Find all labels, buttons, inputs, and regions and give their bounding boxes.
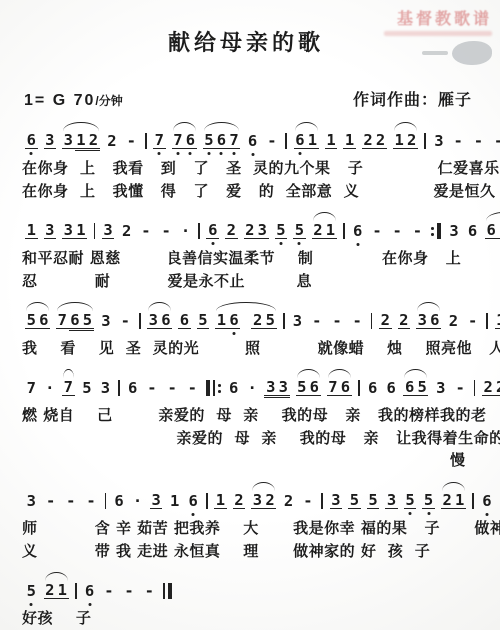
- repeat-dot: [218, 390, 221, 393]
- slur-note-group: 656: [485, 222, 500, 239]
- dash: -: [370, 223, 384, 239]
- note: 7: [153, 132, 166, 149]
- repeat-end-sign: [430, 223, 443, 239]
- note: 1: [324, 222, 337, 239]
- note: 1: [75, 222, 88, 239]
- note-group: -: [310, 313, 324, 329]
- octave-dot-below: [427, 512, 430, 515]
- note-group: 5: [197, 312, 210, 329]
- note: 3: [99, 380, 112, 396]
- note-group: 7: [25, 380, 38, 396]
- dash: -: [145, 380, 159, 396]
- bar-thick: [437, 223, 442, 239]
- bar-thick: [168, 583, 173, 599]
- note: 5: [367, 492, 380, 509]
- note: 6: [25, 132, 38, 149]
- octave-dot-below: [251, 153, 254, 156]
- barline: [320, 493, 325, 509]
- note-group: -: [145, 380, 159, 396]
- dash: -: [390, 223, 404, 239]
- bar: [198, 223, 200, 239]
- note: 2: [233, 492, 246, 509]
- note-group: 7: [153, 132, 166, 149]
- tempo-annotation: 慢: [22, 449, 500, 470]
- dash: -: [410, 223, 424, 239]
- note-group: 3: [434, 380, 447, 396]
- note-group: 6: [385, 380, 398, 396]
- dash: -: [142, 583, 156, 599]
- meta-row: 1= G 70/分钟 作词作曲：雁子: [24, 87, 472, 110]
- barline: [103, 493, 108, 509]
- note-group: 3: [448, 223, 461, 239]
- bar: [94, 223, 96, 239]
- note-group: 5: [81, 380, 94, 396]
- bar: [206, 493, 208, 509]
- note: 2: [44, 582, 57, 599]
- slur-note-group: 76: [327, 379, 352, 396]
- note-group: 6: [187, 493, 200, 509]
- barline: [117, 380, 122, 396]
- octave-dot-below: [220, 152, 223, 155]
- repeat-begin-sign: [204, 380, 222, 396]
- score-line: 3---6·31612322-355355216---3553师 含 辛 茹苦 …: [22, 487, 500, 560]
- barline: [423, 133, 428, 149]
- note: 5: [25, 583, 38, 599]
- repeat-dots: [218, 382, 221, 395]
- note-group: 2: [447, 313, 460, 329]
- bar: [213, 380, 215, 396]
- note-group: 33: [264, 379, 289, 396]
- note: 3: [330, 492, 343, 509]
- octave-dot-below: [232, 152, 235, 155]
- note: 7: [25, 380, 38, 396]
- note: 2: [447, 313, 460, 329]
- note: 6: [466, 223, 479, 239]
- slur-note-group: 32: [251, 492, 276, 509]
- note: 3: [44, 132, 57, 149]
- note-group: 6: [25, 132, 38, 149]
- slur-note-group: 7: [62, 379, 75, 396]
- score: 633122-7765676-611122123---6332在你身 上 我看 …: [22, 127, 500, 627]
- note-group: -: [471, 133, 485, 149]
- note: 3: [147, 312, 160, 329]
- bar: [285, 133, 287, 149]
- note: 2: [87, 132, 100, 149]
- slur-note-group: 312: [62, 132, 100, 149]
- note-group: 6: [227, 380, 240, 396]
- slur-note-group: 567: [203, 132, 241, 149]
- note-group: 23: [244, 222, 269, 239]
- note: 7: [228, 132, 241, 149]
- note: 5: [81, 312, 94, 329]
- lyric-row: 在你身 上 我看 到 了 圣 灵的九个果 子 仁爱喜乐: [22, 159, 500, 177]
- slur-note-group: 12: [393, 132, 418, 149]
- bar: [472, 493, 474, 509]
- note: 6: [481, 493, 494, 509]
- note-group: -: [330, 313, 344, 329]
- note: 6: [429, 312, 442, 329]
- repeat-dot: [431, 233, 434, 236]
- music-row: 633122-7765676-611122123---6332: [22, 127, 500, 149]
- note-group: 6: [481, 493, 494, 509]
- note: 2: [374, 132, 387, 149]
- note: 3: [448, 223, 461, 239]
- music-row: 5216---: [22, 577, 500, 599]
- note-group: 2: [225, 222, 238, 239]
- note: 3: [44, 222, 57, 239]
- note-group: 31: [62, 222, 87, 239]
- barline: [284, 133, 289, 149]
- bar: [139, 313, 141, 329]
- note: 7: [62, 379, 75, 396]
- octave-dot-below: [485, 513, 488, 516]
- note: 3: [264, 379, 277, 396]
- barline: [471, 493, 476, 509]
- dash: -: [451, 133, 465, 149]
- note-group: -: [159, 223, 173, 239]
- octave-dot-below: [298, 242, 301, 245]
- note-group: 2: [398, 312, 411, 329]
- note-group: 1: [214, 492, 227, 509]
- note: 5: [422, 492, 435, 509]
- note: 3: [102, 222, 115, 239]
- note-group: -: [370, 223, 384, 239]
- note-group: 6: [113, 493, 126, 509]
- note-group: 6: [83, 583, 96, 599]
- dash: -: [466, 313, 480, 329]
- barline: [357, 380, 362, 396]
- dash: -: [139, 223, 153, 239]
- barline: [197, 223, 202, 239]
- key-signature: 1= G: [24, 92, 67, 109]
- note: 3: [25, 493, 38, 509]
- note-group: 1: [343, 132, 356, 149]
- note: 6: [206, 222, 219, 239]
- note: 3: [277, 379, 290, 396]
- sheet-music-page: 基督教歌谱 献给母亲的歌 1= G 70/分钟 作词作曲：雁子 633122-7…: [0, 0, 500, 630]
- note-group: -: [122, 583, 136, 599]
- octave-dot-below: [279, 242, 282, 245]
- lyric-row: 在你身 上 我懂 得 了 爱 的 全部意 义 爱是恒久: [22, 182, 500, 200]
- note: 1: [25, 222, 38, 239]
- note: 6: [69, 312, 82, 329]
- bar: [371, 313, 373, 329]
- note-group: 6: [466, 223, 479, 239]
- note-group: 2: [106, 133, 119, 149]
- octave-dot-below: [356, 243, 359, 246]
- note-group: 3: [100, 313, 113, 329]
- note: 6: [227, 380, 240, 396]
- slur-note-group: 61: [294, 132, 319, 149]
- dash: -: [330, 313, 344, 329]
- note-group: -: [453, 380, 467, 396]
- dash: -: [84, 493, 98, 509]
- note-group: -: [165, 380, 179, 396]
- dash: -: [265, 133, 279, 149]
- octave-dot-below: [232, 332, 235, 335]
- augmentation-dot: ·: [131, 493, 144, 509]
- note: 3: [251, 492, 264, 509]
- note-group: -: [466, 313, 480, 329]
- dash: -: [185, 380, 199, 396]
- note: 6: [184, 132, 197, 149]
- note-group: 3: [44, 222, 57, 239]
- barline: [485, 313, 490, 329]
- note: 2: [244, 222, 257, 239]
- note-group: 5: [367, 492, 380, 509]
- note-group: -: [410, 223, 424, 239]
- repeat-dot: [431, 227, 434, 230]
- note: 2: [120, 223, 133, 239]
- octave-dot-below: [298, 152, 301, 155]
- dash: -: [124, 133, 138, 149]
- slur-note-group: 765: [56, 312, 94, 329]
- note: 3: [434, 380, 447, 396]
- bar: [424, 133, 426, 149]
- note-group: 2: [282, 493, 295, 509]
- note-group: ·: [246, 380, 259, 396]
- barline: [74, 583, 79, 599]
- tempo-value: 70: [67, 92, 95, 109]
- note: 1: [453, 492, 466, 509]
- note-group: -: [84, 493, 98, 509]
- note-group: 3: [150, 492, 163, 509]
- note: 7: [172, 132, 185, 149]
- note: 6: [160, 312, 173, 329]
- octave-dot-below: [158, 152, 161, 155]
- note-group: -: [265, 133, 279, 149]
- dash: -: [64, 493, 78, 509]
- note: 5: [264, 312, 277, 329]
- slur-note-group: 21: [44, 582, 69, 599]
- bar: [163, 583, 165, 599]
- note-group: ·: [179, 223, 192, 239]
- note: 5: [348, 492, 361, 509]
- lyric-row: 师 含 辛 茹苦 把我养 大 我是你幸 福的果 子 做神家的: [22, 519, 500, 537]
- note: 3: [385, 492, 398, 509]
- note: 1: [306, 132, 319, 149]
- note-group: ·: [44, 380, 57, 396]
- note: 5: [81, 380, 94, 396]
- barline: [282, 313, 287, 329]
- note-group: 3: [102, 222, 115, 239]
- note-group: 5: [25, 583, 38, 599]
- note-group: 1: [25, 222, 38, 239]
- repeat-dot: [218, 384, 221, 387]
- composer-credit: 作词作曲：雁子: [353, 87, 472, 110]
- note-group: 3: [291, 313, 304, 329]
- barline: [137, 313, 142, 329]
- augmentation-dot: ·: [246, 380, 259, 396]
- note-group: 22: [482, 379, 500, 396]
- note: 5: [404, 492, 417, 509]
- note: 6: [246, 133, 259, 149]
- note: 2: [106, 133, 119, 149]
- note: 3: [62, 222, 75, 239]
- note-group: ·: [131, 493, 144, 509]
- augmentation-dot: ·: [179, 223, 192, 239]
- note: 6: [187, 493, 200, 509]
- note: 2: [264, 492, 277, 509]
- lyric-row: 好孩 子: [22, 609, 500, 627]
- slur-note-group: 65: [403, 379, 428, 396]
- octave-dot-below: [211, 242, 214, 245]
- note-group: 6: [366, 380, 379, 396]
- note: 2: [482, 379, 495, 396]
- slur-note-group: 1625: [215, 312, 276, 329]
- note: 5: [416, 379, 429, 396]
- dash: -: [453, 380, 467, 396]
- slur-note-group: 21: [441, 492, 466, 509]
- note-group: 5: [348, 492, 361, 509]
- bar: [321, 493, 323, 509]
- dash: -: [122, 583, 136, 599]
- note: 1: [75, 132, 88, 149]
- note: 1: [325, 132, 338, 149]
- note-group: 3: [44, 132, 57, 149]
- note-group: -: [390, 223, 404, 239]
- bar: [145, 133, 147, 149]
- score-line: 567653-366516253---22362-161233-我 看 见 圣 …: [22, 307, 500, 357]
- note: 1: [495, 312, 500, 329]
- dash: -: [492, 133, 500, 149]
- note-group: 1: [168, 493, 181, 509]
- bar: [358, 380, 360, 396]
- note: 7: [56, 312, 69, 329]
- note-group: 6: [246, 133, 259, 149]
- octave-dot-below: [30, 152, 33, 155]
- note: 6: [113, 493, 126, 509]
- note-group: -: [64, 493, 78, 509]
- bar: [105, 493, 107, 509]
- note-group: 5: [422, 492, 435, 509]
- note: 2: [398, 312, 411, 329]
- music-row: 7·7536---6·33567666653-22262365: [22, 374, 500, 396]
- bar: [474, 380, 476, 396]
- note-group: 2: [379, 312, 392, 329]
- note: 2: [494, 379, 500, 396]
- slur-note-group: 56: [25, 312, 50, 329]
- note-group: -: [102, 583, 116, 599]
- final-barline: [161, 583, 173, 599]
- barline: [369, 313, 374, 329]
- slur-note-group: 76: [172, 132, 197, 149]
- barline: [92, 223, 97, 239]
- note: 6: [38, 312, 51, 329]
- bar-thick: [206, 380, 211, 396]
- octave-dot-below: [176, 152, 179, 155]
- note-group: 6: [178, 312, 191, 329]
- barline: [204, 493, 209, 509]
- note: 1: [393, 132, 406, 149]
- bar: [75, 583, 77, 599]
- note: 3: [256, 222, 269, 239]
- note: 5: [275, 222, 288, 239]
- bar: [283, 313, 285, 329]
- note: 3: [291, 313, 304, 329]
- note: 3: [100, 313, 113, 329]
- note-group: -: [44, 493, 58, 509]
- note: 6: [351, 223, 364, 239]
- note: 1: [215, 312, 228, 329]
- lyric-row: 忍 耐 爱是永不止 息: [22, 272, 500, 290]
- octave-dot-below: [88, 603, 91, 606]
- note: 1: [56, 582, 69, 599]
- octave-dot-below: [207, 152, 210, 155]
- note: 6: [178, 312, 191, 329]
- note-group: 3: [433, 133, 446, 149]
- bar: [343, 223, 345, 239]
- note: 6: [385, 380, 398, 396]
- octave-dot-below: [189, 152, 192, 155]
- note-spacer: [240, 312, 251, 329]
- song-title: 献给母亲的歌: [22, 26, 470, 57]
- note: 6: [126, 380, 139, 396]
- note: 2: [225, 222, 238, 239]
- note: 2: [441, 492, 454, 509]
- note-group: -: [350, 313, 364, 329]
- dash: -: [159, 223, 173, 239]
- music-row: 567653-366516253---22362-161233-: [22, 307, 500, 329]
- note: 5: [293, 222, 306, 239]
- note: 3: [62, 132, 75, 149]
- lyric-row: 我 看 见 圣 灵的光 照 就像蜡 烛 照亮他 人: [22, 339, 500, 357]
- note-group: 5: [293, 222, 306, 239]
- repeat-dots: [431, 225, 434, 238]
- note: 3: [416, 312, 429, 329]
- note: 1: [214, 492, 227, 509]
- dash: -: [118, 313, 132, 329]
- score-line: 7·7536---6·33567666653-22262365燃 烧自 己 亲爱…: [22, 374, 500, 470]
- note: 6: [228, 312, 241, 329]
- note-group: -: [492, 133, 500, 149]
- note: 3: [150, 492, 163, 509]
- lyric-row: 亲爱的 母 亲 我的母 亲 让我得着生命的意: [22, 429, 500, 447]
- octave-dot-below: [192, 513, 195, 516]
- dash: -: [310, 313, 324, 329]
- dash: -: [471, 133, 485, 149]
- score-line: 5216---好孩 子: [22, 577, 500, 627]
- score-line: 133132--·622355216---366566-和平忍耐 恩慈 良善信实…: [22, 217, 500, 290]
- note-group: -: [142, 583, 156, 599]
- barline: [143, 133, 148, 149]
- note-group: 5: [275, 222, 288, 239]
- note: 6: [83, 583, 96, 599]
- dash: -: [165, 380, 179, 396]
- note-group: 6: [126, 380, 139, 396]
- dash: -: [44, 493, 58, 509]
- note-group: 5: [404, 492, 417, 509]
- note-group: 22: [362, 132, 387, 149]
- note: 2: [282, 493, 295, 509]
- octave-dot-below: [30, 603, 33, 606]
- octave-dot-below: [409, 512, 412, 515]
- note-group: 3: [99, 380, 112, 396]
- slur-note-group: 56: [296, 379, 321, 396]
- score-line: 633122-7765676-611122123---6332在你身 上 我看 …: [22, 127, 500, 200]
- note: 6: [403, 379, 416, 396]
- dash: -: [350, 313, 364, 329]
- note-group: 3: [330, 492, 343, 509]
- note: 2: [312, 222, 325, 239]
- note: 7: [327, 379, 340, 396]
- note: 6: [485, 222, 498, 239]
- note-group: 3: [385, 492, 398, 509]
- note-group: -: [118, 313, 132, 329]
- note: 6: [339, 379, 352, 396]
- note: 5: [197, 312, 210, 329]
- note: 6: [294, 132, 307, 149]
